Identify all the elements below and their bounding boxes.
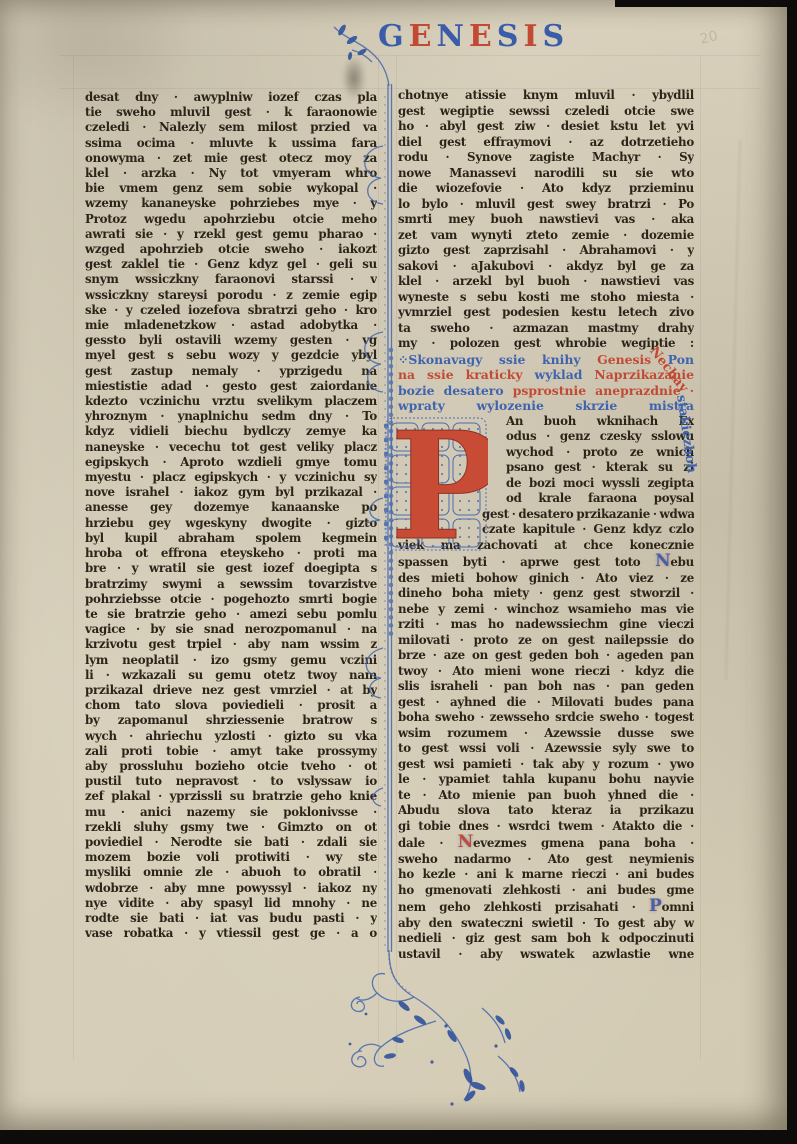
photo-edge-top <box>615 0 797 7</box>
text-segment: ebu <box>670 555 694 569</box>
text-line: myestu · placz egipskych · y vczinichu s… <box>85 470 377 485</box>
text-line: desat dny · awyplniw iozef czas pla <box>85 90 377 105</box>
text-line: dineho boha miety · genz gest stworzil · <box>398 586 694 602</box>
text-line: twoy · Ato mieni wone rieczi · kdyz die <box>398 664 694 680</box>
text-line: smrti mey buoh nawstievi vas · aka <box>398 212 694 228</box>
text-line: lo bylo · mluvil gest swey bratrzi · Po <box>398 197 694 213</box>
text-line: te · Ato mienie pan buoh yhned die · <box>398 788 694 804</box>
text-line: gest zaklel tie · Genz kdyz gel · geli s… <box>85 257 377 272</box>
text-line: bre · y wratil sie gest iozef doegipta s <box>85 561 377 576</box>
text-line: wpraty wylozenie skrzie mistra <box>398 398 694 414</box>
margin-note-blue: stakiezboh <box>673 394 699 474</box>
text-segment: evezmes gmena pana boha · <box>473 836 694 850</box>
text-segment: dale · <box>398 836 458 850</box>
text-line: nebe y zemi · winchoz wsamieho mas vie <box>398 602 694 618</box>
text-line: bozie desatero psprostnie aneprazdnie · <box>398 383 694 399</box>
svg-text:P: P <box>390 416 488 568</box>
header-letter: S <box>543 20 567 54</box>
text-line: des mieti bohow ginich · Ato viez · ze <box>398 571 694 587</box>
text-line: rziti · mas ho nadewssiechm gine vieczi <box>398 617 694 633</box>
text-segment: twoy · Ato mieni wone rieczi · kdyz die <box>398 664 694 678</box>
text-line: bratrzimy swymi a sewssim tovarzistve <box>85 577 377 592</box>
text-line: nem geho zlehkosti przisahati · Pomni <box>398 898 694 916</box>
text-line: krzivotu gest trpiel · aby nam wssim z <box>85 637 377 652</box>
text-line: boha sweho · zewsseho srdcie sweho · tog… <box>398 710 694 726</box>
text-line: wzged apohrzieb otcie sweho · iakozt <box>85 242 377 257</box>
photo-edge-bottom <box>0 1130 797 1144</box>
text-segment: sweho nadarmo · Ato gest neymienis <box>398 852 694 866</box>
text-line: gi tobie dnes · wsrdci twem · Atakto die… <box>398 819 694 835</box>
text-line: naneyske · vecechu tot gest veliky placz <box>85 440 377 455</box>
text-line: chom tato slova poviedieli · prosit a <box>85 698 377 713</box>
ruling-line <box>60 55 760 56</box>
text-line: te sie bratrzie geho · amezi sebu pomlu <box>85 607 377 622</box>
text-segment: gest · ayhned die · Milovati budes pana <box>398 695 694 709</box>
ruling-line <box>73 55 74 1060</box>
text-line: ho · abyl gest ziw · desiet kstu let yvi <box>398 119 694 135</box>
text-line: poviediel · Nerodte sie bati · zdali sie <box>85 835 377 850</box>
text-line: zali proti tobie · amyt take prossymy <box>85 744 377 759</box>
text-line: klel · arzka · Ny tot vmyeram whro <box>85 166 377 181</box>
text-line: bie vmem genz sem sobie wykopal · <box>85 181 377 196</box>
header-letter: I <box>523 20 539 54</box>
text-line: zef plakal · yprzissli su bratrzie geho … <box>85 789 377 804</box>
margin-note-red: Nechay <box>646 344 691 395</box>
text-segment: ho gmenovati zlehkosti · ani budes gme <box>398 883 694 897</box>
lombard-initial: N <box>655 553 670 571</box>
text-segment: omni <box>662 900 694 914</box>
header-letter: G <box>378 20 406 54</box>
text-line: gest wegiptie sewssi czeledi otcie swe <box>398 104 694 120</box>
text-line: przikazal drieve nez gest vmrziel · at b… <box>85 683 377 698</box>
text-line: wsim rozumem · Azewssie dusse swe <box>398 726 694 742</box>
header-letter: E <box>409 20 434 54</box>
text-line: mie mladenetzkow · astad adobytka · <box>85 318 377 333</box>
text-line: anesse gey dozemye kanaanske po <box>85 500 377 515</box>
manuscript-photo: 20 GENESIS desat dny · awyplniw iozef cz… <box>0 0 797 1144</box>
header-letter: S <box>497 20 521 54</box>
lombard-initial: N <box>458 834 473 852</box>
text-line: vase robatka · y vtiessil gest ge · a o <box>85 926 377 941</box>
text-line: gest · ayhned die · Milovati budes pana <box>398 695 694 711</box>
text-line: yvmrziel gest podesien kestu letech zivo <box>398 305 694 321</box>
text-line: aby prossluhu bozieho otcie tveho · ot <box>85 759 377 774</box>
header-letter: N <box>437 20 466 54</box>
text-line: mysliki omnie zle · abuoh to obratil · <box>85 865 377 880</box>
text-line: gessto byli ostavili wzemy gesten · vg <box>85 333 377 348</box>
text-line: egipskych · Aproto wzdieli gmye tomu <box>85 455 377 470</box>
text-segment: slis israheli · pan boh nas · pan geden <box>398 679 694 693</box>
text-line: na ssie kraticky wyklad Naprzikazanie <box>398 367 694 383</box>
text-line: rzekli sluhy gsmy twe · Gimzto on ot <box>85 820 377 835</box>
text-line: kdyz vidieli biechu bydlczy zemye ka <box>85 424 377 439</box>
text-line: dale · Nevezmes gmena pana boha · <box>398 834 694 852</box>
text-line: hrziebu gey wgeskyny dwogite · gizto <box>85 516 377 531</box>
text-line: lym neoplatil · izo gsmy gemu vczini <box>85 653 377 668</box>
text-line: gizto gest zaprzisahl · Abrahamovi · y <box>398 243 694 259</box>
text-segment: ustavil · aby wswatek azwlastie wne <box>398 947 694 961</box>
text-line: mu · anici nazemy sie poklonivsse · <box>85 805 377 820</box>
text-line: mozem bozie voli protiwiti · wy ste <box>85 850 377 865</box>
text-line: nowe Manassevi narodili su sie wto <box>398 166 694 182</box>
text-line: by zapomanul shrziessenie bratrow s <box>85 713 377 728</box>
text-line: rodte sie bati · iat vas budu pasti · y <box>85 911 377 926</box>
text-line: ho kezle · ani k marne rieczi · ani bude… <box>398 867 694 883</box>
text-line: awrati sie · y rzekl gest gemu pharao · <box>85 227 377 242</box>
text-line: czeledi · Nalezly sem milost przied va <box>85 120 377 135</box>
text-line: tie sweho mluvil gest · k faraonowie <box>85 105 377 120</box>
text-segment: gi tobie dnes · wsrdci twem · Atakto die… <box>398 819 694 833</box>
text-line: ssima ocima · mluvte k ussima fara <box>85 136 377 151</box>
text-line: snym wssiczkny faraonovi starssi · v <box>85 272 377 287</box>
text-line: gest zastup nemaly · yprzigedu na <box>85 364 377 379</box>
text-segment: to gest wssi voli · Azewssie syly swe to <box>398 741 694 755</box>
text-line: myel gest s sebu wozy y gezdcie ybyl <box>85 348 377 363</box>
text-line: ustavil · aby wswatek azwlastie wne <box>398 947 694 963</box>
text-segment: nem geho zlehkosti przisahati · <box>398 900 649 914</box>
text-segment: na ssie kraticky <box>398 367 535 382</box>
text-segment: bozie desatero <box>398 383 513 398</box>
text-line: wdobrze · aby mne powyssyl · iakoz ny <box>85 881 377 896</box>
initial-p-filigree: P <box>384 416 488 568</box>
text-line: wyneste s sebu kosti me stoho miesta · <box>398 290 694 306</box>
text-line: wych · ahriechu yzlosti · gizto su vka <box>85 729 377 744</box>
text-line: nove israhel · iakoz gym byl przikazal · <box>85 485 377 500</box>
text-line: nedieli · giz gest sam boh k odpoczinuti <box>398 931 694 947</box>
text-line: sakovi · aJakubovi · akdyz byl ge za <box>398 259 694 275</box>
text-line: wzemy kananeyske pohrziebes mye · y <box>85 196 377 211</box>
text-segment: nebe y zemi · winchoz wsamieho mas vie <box>398 602 694 616</box>
text-line: ske · y czeled iozefova sbratrzi geho · … <box>85 303 377 318</box>
lombard-initial: P <box>649 898 662 916</box>
header-title: GENESIS <box>378 20 566 54</box>
text-line: vagice · by sie snad nerozpomanul · na <box>85 622 377 637</box>
text-line: klel · arzekl byl buoh · nawstievi vas <box>398 274 694 290</box>
margin-note: Nechay stakiezboh <box>652 342 797 542</box>
text-line: diel gest effraymovi · az dotrzetieho <box>398 135 694 151</box>
text-segment: le · ypamiet tahla kupanu bohu nayvie <box>398 772 694 786</box>
text-line: ta sweho · azmazan mastmy drahy <box>398 321 694 337</box>
text-segment: des mieti bohow ginich · Ato viez · ze <box>398 571 694 585</box>
text-line: byl kupil abraham spolem kegmein <box>85 531 377 546</box>
text-segment: wpraty wylozenie skrzie mistra <box>398 398 694 413</box>
text-line: milovati · proto ze on gest nailepssie d… <box>398 633 694 649</box>
text-line: Protoz wgedu apohrziebu otcie meho <box>85 212 377 227</box>
text-line: yhroznym · ynaplnichu sedm dny · To <box>85 409 377 424</box>
text-line: hroba ot effrona eteyskeho · proti ma <box>85 546 377 561</box>
text-line: kdezto vczinichu vrztu svelikym placzem <box>85 394 377 409</box>
text-line: pustil tuto nepravost · to vslyssaw io <box>85 774 377 789</box>
text-line: le · ypamiet tahla kupanu bohu nayvie <box>398 772 694 788</box>
text-line: Abudu slova tato kteraz ia przikazu <box>398 803 694 819</box>
text-segment: dineho boha miety · genz gest stworzil · <box>398 586 694 600</box>
ruling-line <box>700 55 701 1060</box>
text-segment: te · Ato mienie pan buoh yhned die · <box>398 788 694 802</box>
text-line: to gest wssi voli · Azewssie syly swe to <box>398 741 694 757</box>
text-line: miestistie adad · gesto gest zaiordanie <box>85 379 377 394</box>
text-line: slis israheli · pan boh nas · pan geden <box>398 679 694 695</box>
text-line: sweho nadarmo · Ato gest neymienis <box>398 852 694 868</box>
text-line: zet vam wynyti zteto zemie · dozemie <box>398 228 694 244</box>
text-segment: gest wsi pamieti · tak aby y rozum · ywo <box>398 757 694 771</box>
text-segment: wyklad <box>535 367 595 382</box>
text-line: aby den swateczni swietil · To gest aby … <box>398 916 694 932</box>
text-line: gest wsi pamieti · tak aby y rozum · ywo <box>398 757 694 773</box>
text-line: pohrziebsse otcie · pogehozto smrti bogi… <box>85 592 377 607</box>
text-segment: wsim rozumem · Azewssie dusse swe <box>398 726 694 740</box>
text-segment: aby den swateczni swietil · To gest aby … <box>398 916 694 930</box>
header-letter: E <box>469 20 494 54</box>
text-segment: brze · aze on gest geden boh · ageden pa… <box>398 648 694 662</box>
left-column: desat dny · awyplniw iozef czas platie s… <box>85 90 377 941</box>
text-line: chotnye atissie knym mluvil · ybydlil <box>398 88 694 104</box>
photo-edge-right <box>787 0 797 1144</box>
text-line: rodu · Synove zagiste Machyr · Sy <box>398 150 694 166</box>
text-segment: ho kezle · ani k marne rieczi · ani bude… <box>398 867 694 881</box>
text-segment: nedieli · giz gest sam boh k odpoczinuti <box>398 931 694 945</box>
text-segment: ⁘Skonavagy ssie knihy <box>398 352 597 367</box>
text-line: wssiczkny stareysi porodu · z zemie egip <box>85 288 377 303</box>
text-line: li · wzkazali su gemu otetz twoy nam <box>85 668 377 683</box>
text-segment: boha sweho · zewsseho srdcie sweho · tog… <box>398 710 694 724</box>
initial-p: P <box>384 416 488 568</box>
text-segment: Abudu slova tato kteraz ia przikazu <box>398 803 694 817</box>
ruling-line <box>378 55 379 1060</box>
text-segment: milovati · proto ze on gest nailepssie d… <box>398 633 694 647</box>
text-line: brze · aze on gest geden boh · ageden pa… <box>398 648 694 664</box>
text-line: onowyma · zet mie gest otecz moy za <box>85 151 377 166</box>
text-segment: rziti · mas ho nadewssiechm gine vieczi <box>398 617 694 631</box>
text-line: nye vidite · aby spasyl lid mnohy · ne <box>85 896 377 911</box>
text-line: ho gmenovati zlehkosti · ani budes gme <box>398 883 694 899</box>
text-line: die wiozefovie · Ato kdyz przieminu <box>398 181 694 197</box>
